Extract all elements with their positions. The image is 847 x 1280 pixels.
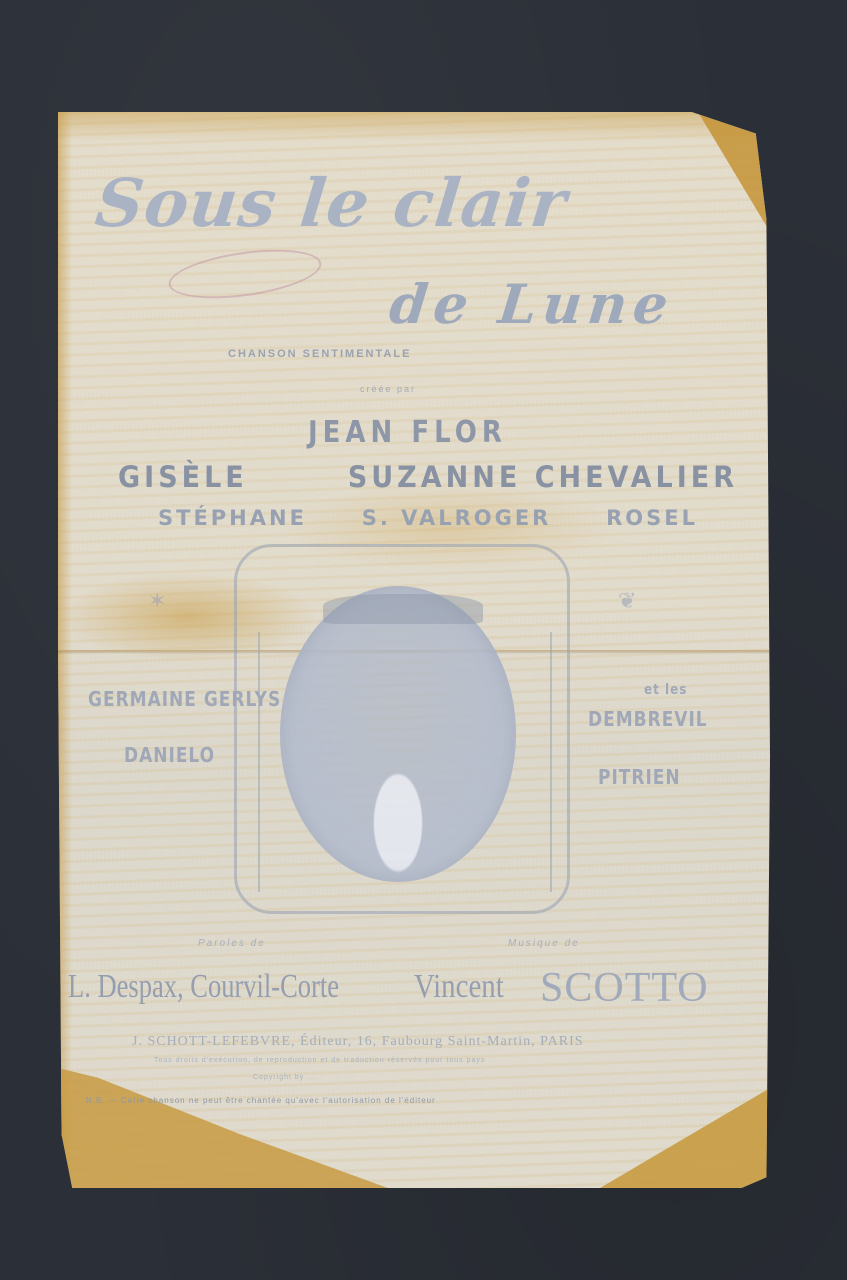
artists-row-2: STÉPHANE S. VALROGER ROSEL	[158, 506, 698, 530]
title-line-2: de Lune	[387, 272, 677, 336]
artists-row-1: GISÈLE SUZANNE CHEVALIER	[118, 460, 738, 494]
fine-print-2: Copyright by ...	[253, 1074, 316, 1081]
composer-last-name: SCOTTO	[540, 964, 709, 1012]
side-artist-left-2: DANIELO	[124, 744, 215, 768]
sheet-music-cover: Sous le clair de Lune CHANSON SENTIMENTA…	[58, 112, 770, 1188]
pencil-mark	[166, 241, 325, 306]
side-artist-left-1: GERMAINE GERLYS	[88, 688, 281, 712]
flourish-ornament-icon: ❦	[618, 588, 636, 614]
subtitle: CHANSON SENTIMENTALE	[228, 348, 411, 360]
artist-name: S. VALROGER	[362, 506, 552, 530]
side-artist-right-1: DEMBREVIL	[588, 708, 708, 732]
stain-top-edge	[58, 112, 770, 142]
fine-print-1: Tous droits d'exécution, de reproduction…	[154, 1057, 485, 1064]
artist-name: ROSEL	[606, 506, 698, 530]
publisher-line: J. SCHOTT-LEFEBVRE, Éditeur, 16, Faubour…	[132, 1034, 584, 1050]
lyricists: L. Despax, Courvil-Corte	[68, 968, 339, 1006]
artist-name: SUZANNE CHEVALIER	[348, 460, 738, 494]
side-artist-right-0: et les	[644, 681, 687, 698]
music-label: Musique de	[508, 938, 580, 949]
artist-name: GISÈLE	[118, 460, 248, 494]
portrait-hat	[323, 594, 483, 624]
created-by-label: créée par	[360, 384, 416, 394]
stain-bottom-left-corner	[58, 1068, 388, 1188]
lyrics-label: Paroles de	[198, 938, 266, 949]
star-ornament-icon: ✶	[148, 588, 166, 614]
lead-artist: JEAN FLOR	[308, 416, 507, 451]
portrait-oval	[280, 586, 516, 882]
artist-name: STÉPHANE	[158, 506, 307, 530]
stain-bottom-right-corner	[600, 1088, 770, 1188]
side-artist-right-2: PITRIEN	[598, 766, 681, 790]
nb-note: N.B. — Cette chanson ne peut être chanté…	[86, 1096, 436, 1105]
title-line-1: Sous le clair	[92, 164, 571, 242]
composer-first-name: Vincent	[414, 968, 504, 1006]
